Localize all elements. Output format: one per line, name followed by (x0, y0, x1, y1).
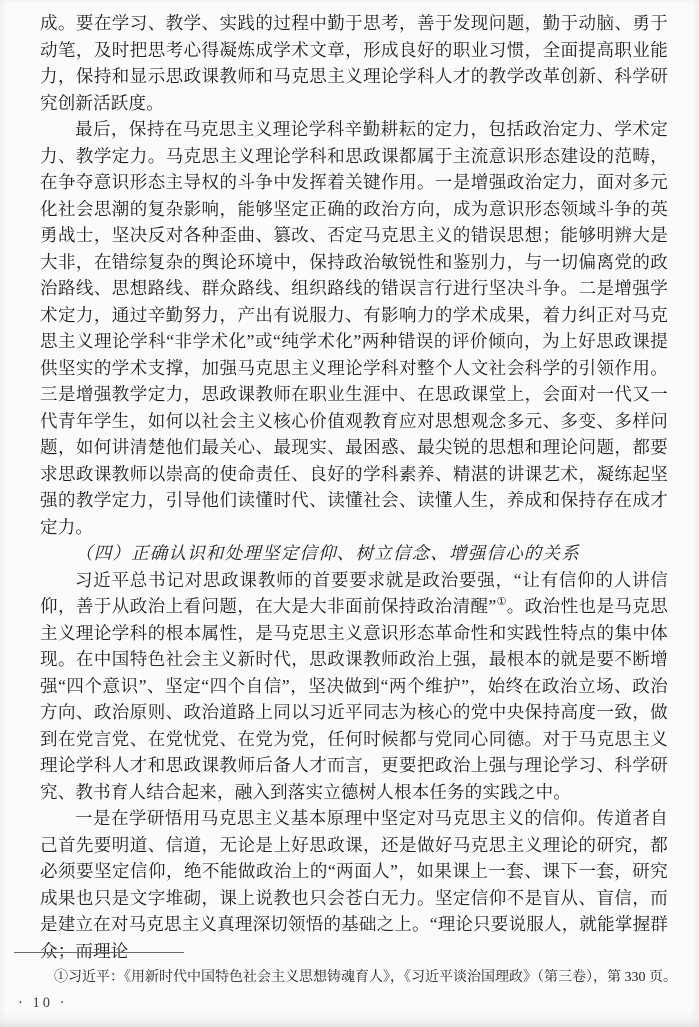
paragraph-yishi-belief: 一是在学研悟用马克思主义基本原理中坚定对马克思主义的信仰。传道者自己首先要明道、… (40, 805, 668, 964)
paragraph-xi-text-after-ref: 。政治性也是马克思主义理论学科的根本属性，是马克思主义意识形态革命性和实践性特点… (40, 596, 668, 802)
body-text-block: 成。要在学习、教学、实践的过程中勤于思考，善于发现问题，勤于动脑、勇于动笔，及时… (40, 10, 668, 964)
footnote-text: 习近平：《用新时代中国特色社会主义思想铸魂育人》，《习近平谈治国理政》（第三卷）… (68, 970, 677, 985)
footnote-reference-marker: ① (496, 596, 506, 608)
paragraph-zuihou-dingli: 最后，保持在马克思主义理论学科辛勤耕耘的定力，包括政治定力、学术定力、教学定力。… (40, 116, 668, 540)
footnote: ①习近平：《用新时代中国特色社会主义思想铸魂育人》，《习近平谈治国理政》（第三卷… (40, 968, 680, 988)
paragraph-xi-requirement: 习近平总书记对思政课教师的首要要求就是政治要强，“让有信仰的人讲信仰，善于从政治… (40, 567, 668, 806)
document-page: 成。要在学习、教学、实践的过程中勤于思考，善于发现问题，勤于动脑、勇于动笔，及时… (0, 0, 699, 1027)
footnote-marker: ① (54, 970, 68, 985)
page-number: · 10 · (18, 995, 67, 1012)
paragraph-continuation: 成。要在学习、教学、实践的过程中勤于思考，善于发现问题，勤于动脑、勇于动笔，及时… (40, 10, 668, 116)
section-heading-four: （四）正确认识和处理坚定信仰、树立信念、增强信心的关系 (40, 540, 668, 567)
footnote-divider-rule (14, 952, 184, 953)
